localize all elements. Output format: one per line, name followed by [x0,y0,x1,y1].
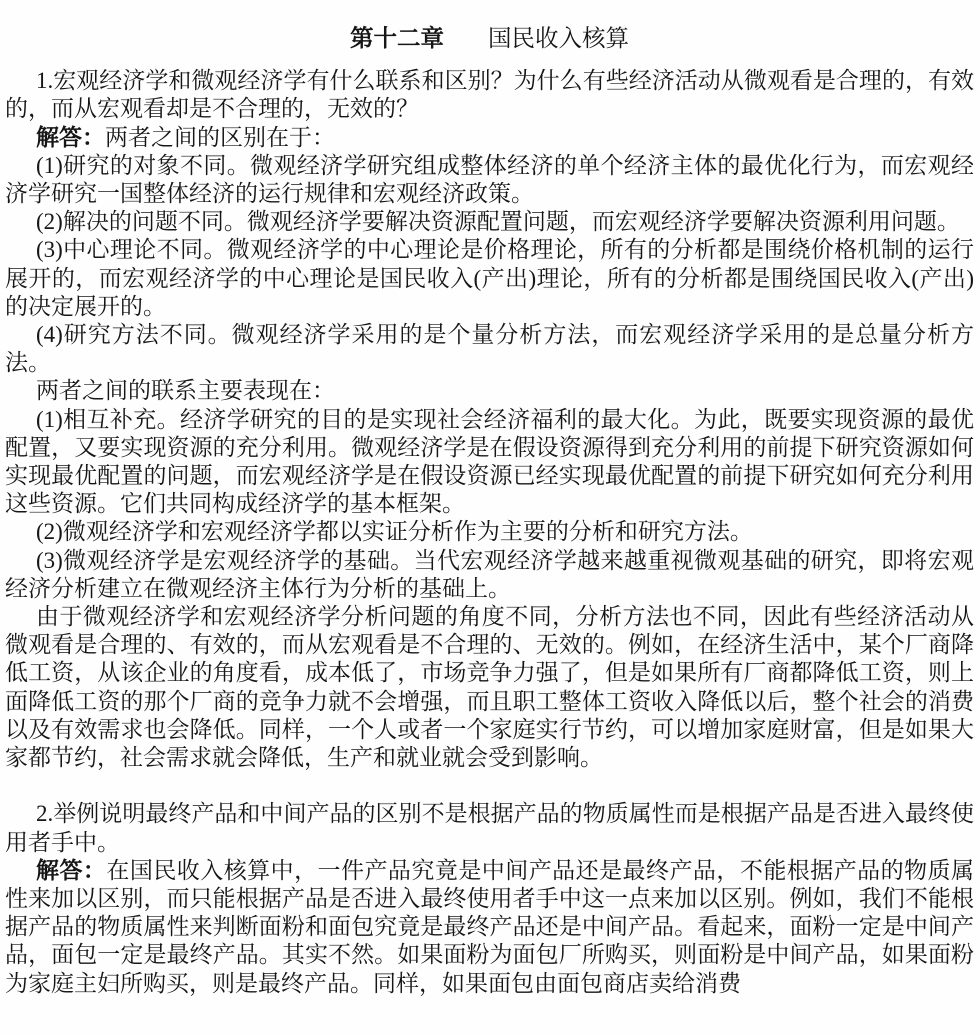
answer-1-intro-text: 两者之间的区别在于： [105,125,335,150]
difference-item-1: (1)研究的对象不同。微观经济学研究组成整体经济的单个经济主体的最优化行为，而宏… [5,152,974,208]
answer-2-text: 在国民收入核算中，一件产品究竟是中间产品还是最终产品，不能根据产品的物质属性来加… [5,858,974,996]
question-2-text: 2.举例说明最终产品和中间产品的区别不是根据产品的物质属性而是根据产品是否进入最… [5,800,974,856]
difference-item-4: (4)研究方法不同。微观经济学采用的是个量分析方法，而宏观经济学采用的是总量分析… [5,321,974,377]
chapter-title: 国民收入核算 [488,26,629,52]
link-item-2: (2)微观经济学和宏观经济学都以实证分析作为主要的分析和研究方法。 [5,518,974,546]
answer-2-label: 解答： [36,858,106,883]
link-item-3: (3)微观经济学是宏观经济学的基础。当代宏观经济学越来越重视微观基础的研究，即将… [5,547,974,603]
link-item-1: (1)相互补充。经济学研究的目的是实现社会经济福利的最大化。为此，既要实现资源的… [5,406,974,519]
links-intro: 两者之间的联系主要表现在： [5,377,974,405]
question-1-text: 1.宏观经济学和微观经济学有什么联系和区别？为什么有些经济活动从微观看是合理的，… [5,67,974,123]
document-page: 第十二章国民收入核算 1.宏观经济学和微观经济学有什么联系和区别？为什么有些经济… [0,0,980,1034]
answer-1-label: 解答： [36,125,105,150]
chapter-number: 第十二章 [350,26,444,52]
answer-1-intro: 解答：两者之间的区别在于： [5,124,974,152]
conclusion-paragraph: 由于微观经济学和宏观经济学分析问题的角度不同，分析方法也不同，因此有些经济活动从… [5,603,974,772]
chapter-heading: 第十二章国民收入核算 [5,25,974,53]
difference-item-3: (3)中心理论不同。微观经济学的中心理论是价格理论，所有的分析都是围绕价格机制的… [5,236,974,321]
difference-item-2: (2)解决的问题不同。微观经济学要解决资源配置问题，而宏观经济学要解决资源利用问… [5,208,974,236]
answer-2: 解答：在国民收入核算中，一件产品究竟是中间产品还是最终产品，不能根据产品的物质属… [5,857,974,998]
